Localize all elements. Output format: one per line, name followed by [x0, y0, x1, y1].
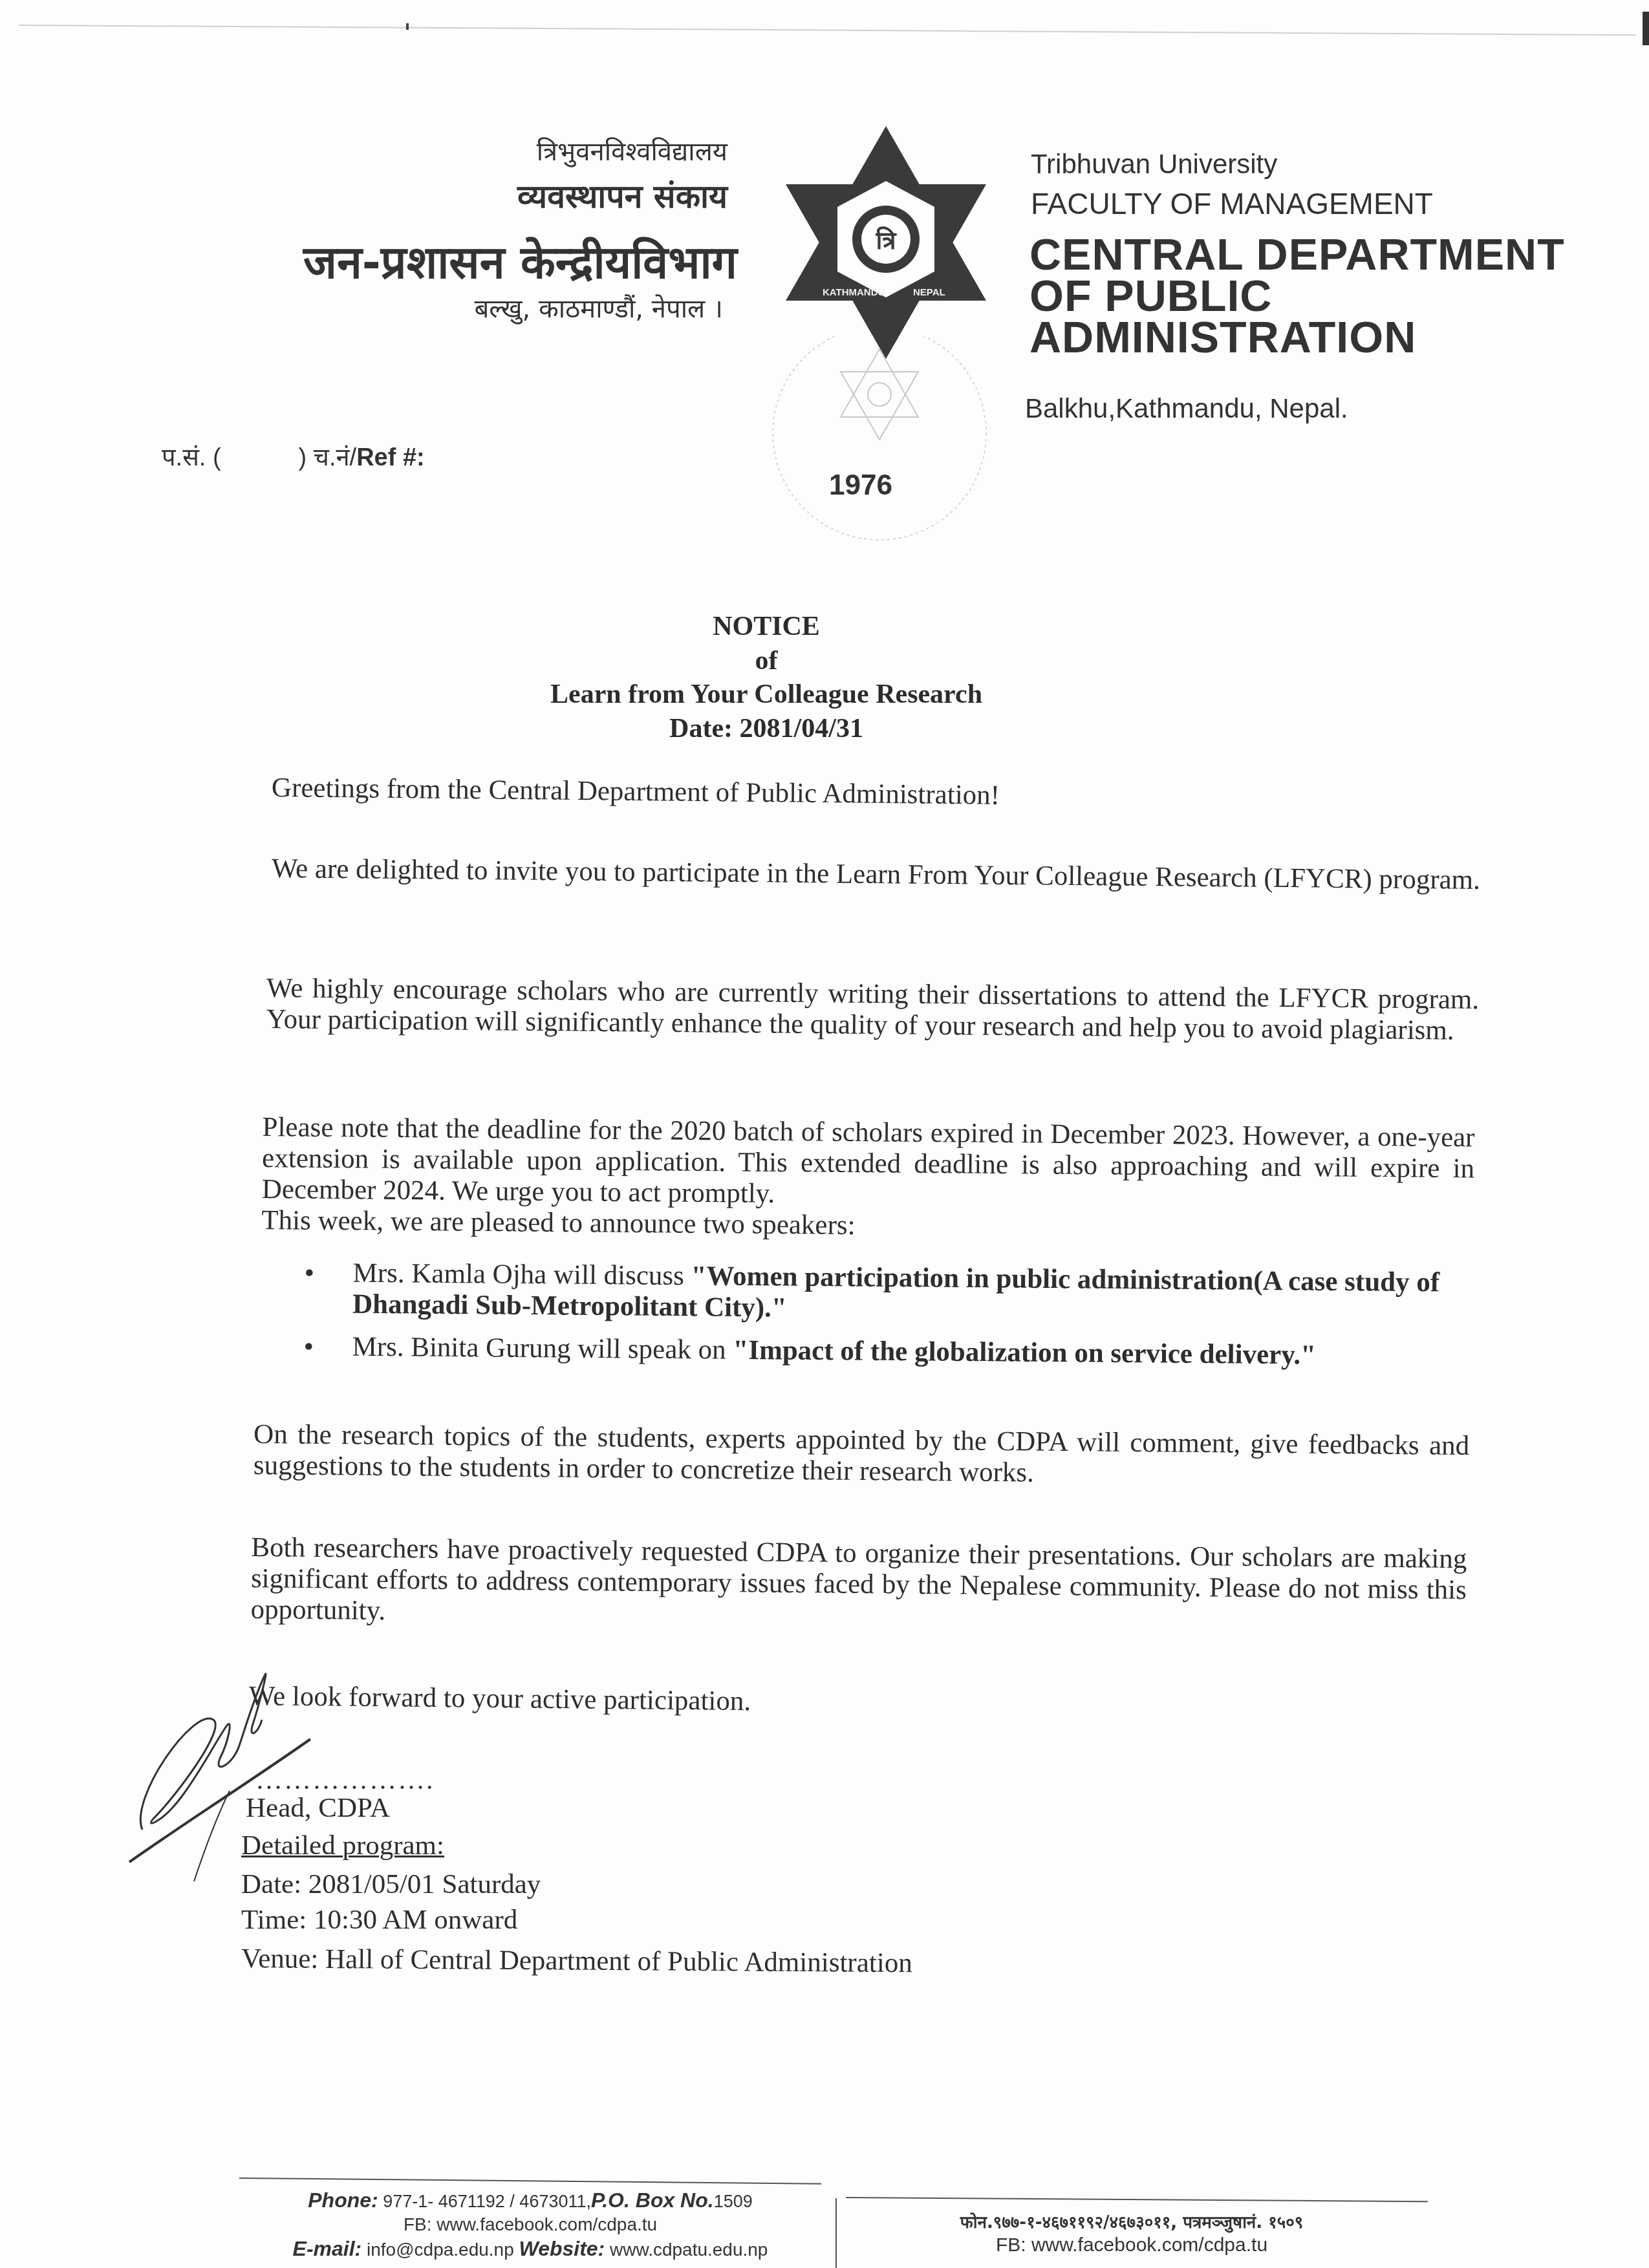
website-link[interactable]: www.cdpatu.edu.np: [605, 2240, 768, 2260]
speaker-topic: "Impact of the globalization on service …: [733, 1335, 1316, 1371]
notice-date: Date: 2081/04/31: [0, 713, 1591, 744]
email-link[interactable]: info@cdpa.edu.np: [361, 2240, 519, 2260]
signatory-title: Head, CDPA: [246, 1792, 390, 1824]
website-label: Website:: [519, 2237, 605, 2260]
researchers-paragraph: Both researchers have proactively reques…: [250, 1532, 1467, 1637]
tribhuvan-university-logo-icon: त्रि KATHMANDU NEPAL: [763, 120, 1009, 365]
phone-value: 977-1- 4671192 / 4673011,: [378, 2192, 591, 2211]
nepali-university-name: त्रिभुवनविश्वविद्यालय: [537, 133, 727, 168]
notice-of: of: [0, 645, 1591, 676]
chalani-label: च.नं/: [314, 444, 356, 471]
notice-title: NOTICE: [0, 611, 1591, 642]
stamp-year: 1976: [829, 469, 892, 502]
pobox-value: 1509: [714, 2192, 753, 2211]
department-name-line3: ADMINISTRATION: [1029, 317, 1565, 358]
footer-phone-nepali: फोन.९७७-१-४६७११९२/४६७३०११, पत्रमञ्जुषानं…: [841, 2210, 1423, 2233]
svg-text:NEPAL: NEPAL: [913, 287, 945, 298]
signature-line: ……………….: [255, 1765, 435, 1796]
svg-text:KATHMANDU: KATHMANDU: [823, 287, 885, 298]
deadline-text: Please note that the deadline for the 20…: [262, 1112, 1475, 1215]
encourage-paragraph: We highly encourage scholars who are cur…: [266, 973, 1480, 1047]
scan-mark: [406, 23, 409, 30]
program-heading: Detailed program:: [241, 1830, 444, 1861]
department-name-line2: OF PUBLIC: [1029, 275, 1565, 317]
footer-phone: Phone: 977-1- 4671192 / 4673011,P.O. Box…: [239, 2188, 821, 2212]
footer-contact: E-mail: info@cdpa.edu.np Website: www.cd…: [239, 2237, 821, 2261]
scan-edge-shadow: [1643, 12, 1649, 45]
scan-edge-line: [19, 25, 1636, 36]
program-date: Date: 2081/05/01 Saturday: [241, 1868, 541, 1900]
nepali-faculty-name: व्यवस्थापन संकाय: [517, 173, 727, 217]
university-name: Tribhuvan University: [1031, 149, 1277, 180]
greeting-paragraph: Greetings from the Central Department of…: [272, 773, 1177, 813]
program-venue: Venue: Hall of Central Department of Pub…: [241, 1943, 912, 1979]
pobox-label: P.O. Box No.: [591, 2188, 714, 2212]
svg-text:त्रि: त्रि: [876, 226, 898, 255]
footer-divider-right: [846, 2197, 1428, 2202]
faculty-name: FACULTY OF MANAGEMENT: [1031, 186, 1433, 221]
deadline-paragraph: Please note that the deadline for the 20…: [261, 1112, 1475, 1246]
ref-close: ): [299, 444, 307, 471]
nepali-department-name: जन-प्रशासन केन्द्रीयविभाग: [303, 230, 737, 292]
ref-label: Ref #:: [356, 444, 425, 471]
department-name-line1: CENTRAL DEPARTMENT: [1029, 234, 1565, 275]
english-address: Balkhu,Kathmandu, Nepal.: [1025, 393, 1348, 424]
notice-subject: Learn from Your Colleague Research: [0, 679, 1591, 710]
patra-sankhya-label: प.सं. (: [162, 444, 221, 471]
footer-column-divider: [835, 2198, 837, 2268]
reference-line: प.सं. () च.नं/Ref #:: [162, 440, 425, 473]
speaker-item: Mrs. Binita Gurung will speak on "Impact…: [303, 1331, 1474, 1373]
department-name: CENTRAL DEPARTMENT OF PUBLIC ADMINISTRAT…: [1029, 234, 1565, 358]
footer-divider-left: [239, 2177, 821, 2185]
speaker-list: Mrs. Kamla Ojha will discuss "Women part…: [303, 1257, 1475, 1384]
footer-facebook-link-right[interactable]: FB: www.facebook.com/cdpa.tu: [841, 2234, 1423, 2256]
speaker-intro: Mrs. Kamla Ojha will discuss: [352, 1258, 691, 1292]
invite-paragraph: We are delighted to invite you to partic…: [272, 853, 1481, 896]
speaker-item: Mrs. Kamla Ojha will discuss "Women part…: [304, 1257, 1475, 1330]
program-time: Time: 10:30 AM onward: [241, 1904, 517, 1936]
phone-label: Phone:: [308, 2188, 378, 2212]
email-label: E-mail:: [293, 2237, 362, 2260]
speaker-intro: Mrs. Binita Gurung will speak on: [352, 1332, 733, 1365]
department-stamp-icon: [750, 336, 1009, 556]
experts-paragraph: On the research topics of the students, …: [253, 1419, 1470, 1493]
nepali-address: बल्खु, काठमाण्डौं, नेपाल ।: [474, 290, 723, 325]
footer-facebook-link[interactable]: FB: www.facebook.com/cdpa.tu: [239, 2214, 821, 2235]
